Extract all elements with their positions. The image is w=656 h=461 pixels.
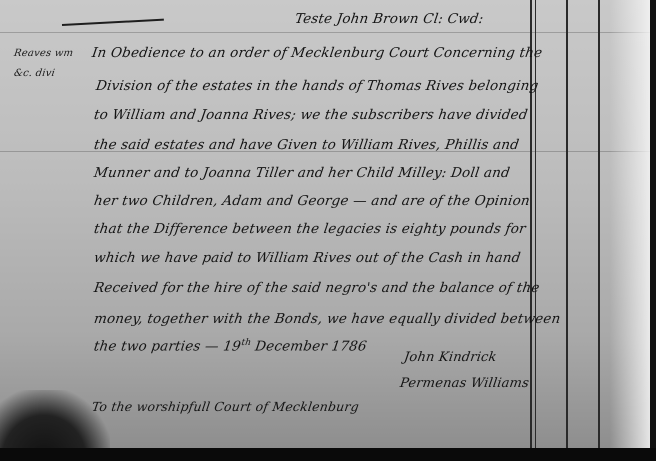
signature-2: Permenas Williams [399, 376, 530, 391]
body-line: which we have paid to William Rives out … [93, 250, 522, 266]
scan-shadow [0, 390, 110, 448]
attestation-line: Teste John Brown Cl: Cwd: [294, 11, 485, 27]
body-line-end: the two parties [93, 339, 202, 355]
signature-1: John Kindrick [403, 350, 498, 365]
ruled-line [0, 32, 650, 33]
body-line: In Obedience to an order of Mecklenburg … [91, 45, 544, 61]
document-page: Teste John Brown Cl: Cwd: Reaves wm &c. … [0, 0, 650, 448]
body-line: Received for the hire of the said negro'… [93, 280, 541, 296]
address-line: To the worshipfull Court of Mecklenburg [91, 399, 360, 414]
body-line: the said estates and have Given to Willi… [93, 137, 520, 153]
column-rule [535, 0, 536, 448]
margin-note-line2: &c. divi [13, 68, 55, 79]
scan-edge [650, 0, 656, 461]
date-day: 19 [222, 339, 242, 355]
column-rule [530, 0, 532, 448]
date-suffix: th [241, 338, 252, 348]
date-month-year: December 1786 [254, 339, 368, 355]
body-line: to William and Joanna Rives; we the subs… [93, 107, 529, 123]
column-rule [566, 0, 568, 448]
column-rule [598, 0, 600, 448]
body-line: that the Difference between the legacies… [93, 221, 527, 237]
body-line: money, together with the Bonds, we have … [93, 311, 562, 327]
body-line: Division of the estates in the hands of … [95, 78, 540, 94]
body-line: Munner and to Joanna Tiller and her Chil… [93, 165, 511, 181]
body-line-date: the two parties — 19th December 1786 [93, 338, 368, 355]
pen-stroke [62, 19, 164, 26]
margin-note-line1: Reaves wm [13, 48, 74, 59]
body-line: her two Children, Adam and George — and … [93, 193, 531, 209]
scan-edge [0, 448, 656, 461]
